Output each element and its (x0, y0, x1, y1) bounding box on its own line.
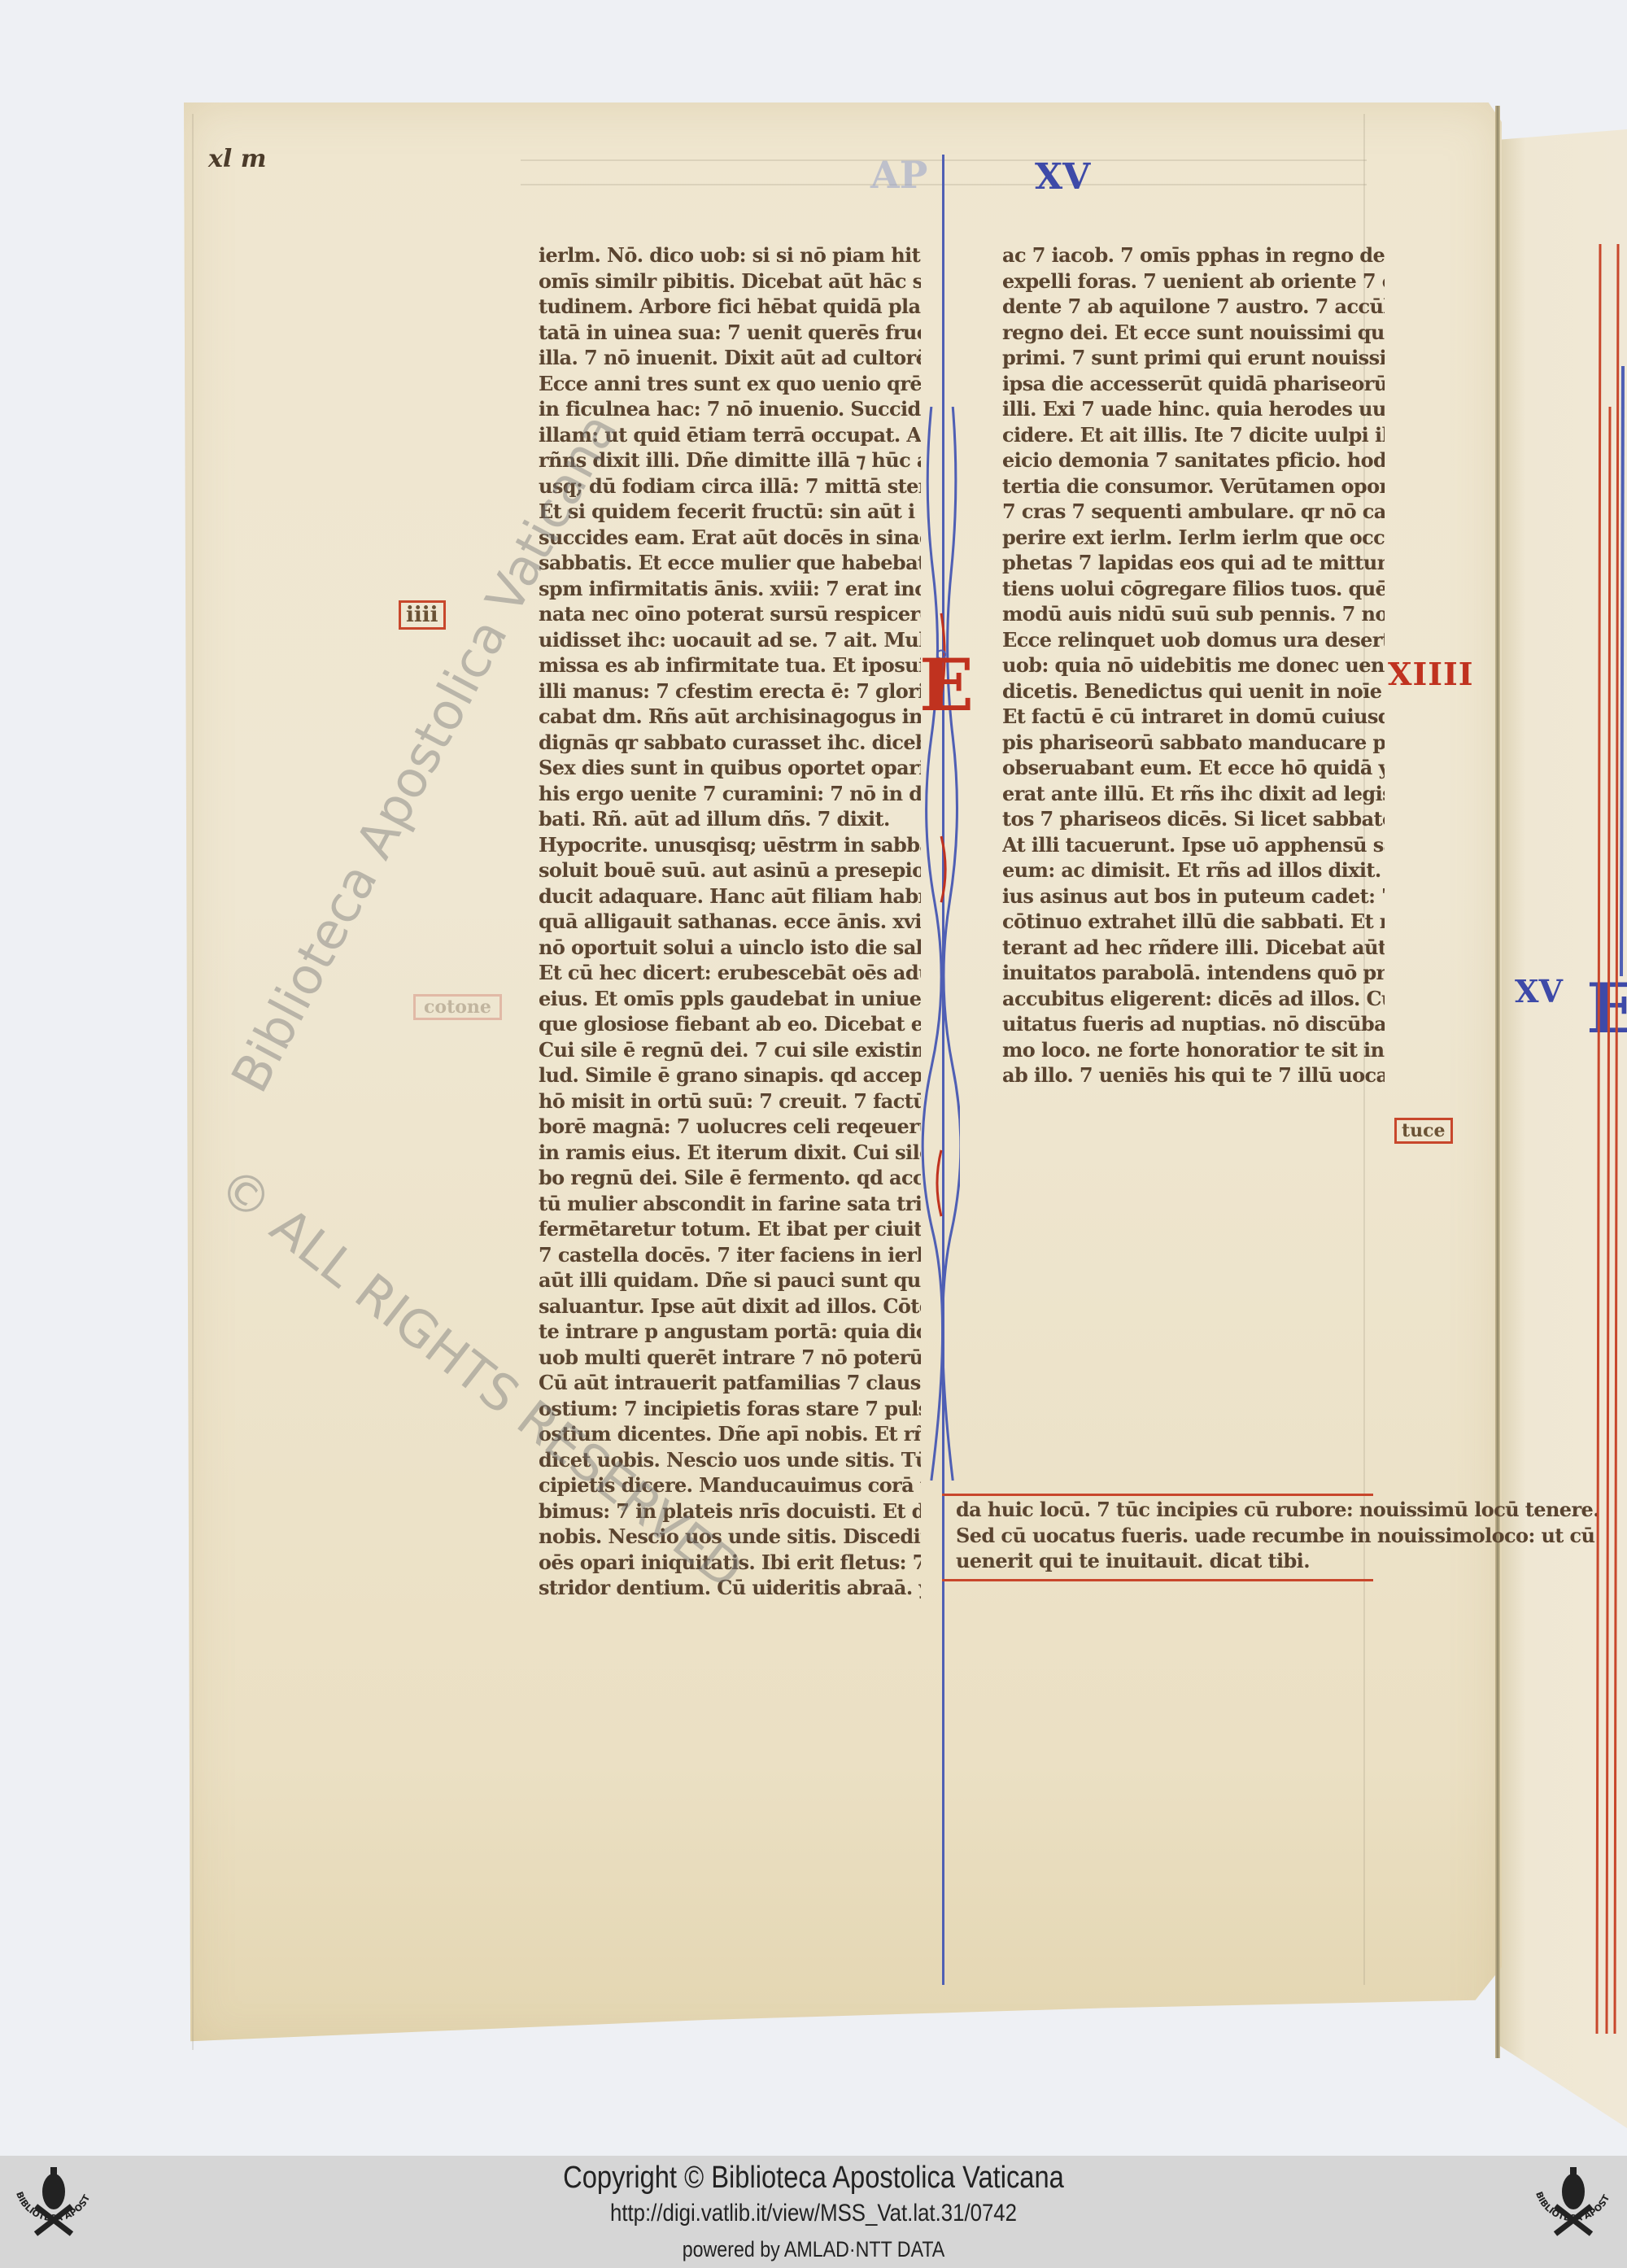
copyright-footer: Copyright © Biblioteca Apostolica Vatica… (0, 2156, 1627, 2268)
manuscript-line: primi. 7 sunt primi qui erunt nouissimi.… (1002, 345, 1385, 371)
manuscript-line: accubitus eligerent: dicēs ad illos. Cū … (1002, 986, 1385, 1012)
manuscript-line: eum: ac dimisit. Et rñs ad illos dixit. … (1002, 857, 1385, 883)
manuscript-line: tudinem. Arbore fici hēbat quidā pla (539, 294, 921, 320)
manuscript-line: 7 castella docēs. 7 iter faciens in ierl… (539, 1242, 921, 1268)
manuscript-line: dente 7 ab aquilone 7 austro. 7 accūbent… (1002, 294, 1385, 320)
manuscript-line: his ergo uenite 7 curamini: 7 nō in die … (539, 781, 921, 807)
margin-chapter-iiii: iiii (399, 600, 446, 630)
gutter-fold (1495, 106, 1500, 2058)
manuscript-line: lud. Simile ē grano sinapis. qd accepit (539, 1062, 921, 1088)
manuscript-line: illi manus: 7 cfestim erecta ē: 7 glorif… (539, 678, 921, 704)
manuscript-line: ierlm. Nō. dico uob: si si nō piam hitis (539, 242, 921, 268)
manuscript-line: terant ad hec rñdere illi. Dicebat aūt 7… (1002, 935, 1385, 961)
manuscript-line: Et si quidem fecerit fructū: sin aūt i f… (539, 499, 921, 525)
manuscript-line: in ramis eius. Et iterum dixit. Cui sile… (539, 1140, 921, 1166)
manuscript-line: nobis. Nescio uos unde sitis. Discedite … (539, 1524, 921, 1550)
manuscript-line: ostium dicentes. Dñe apī nobis. Et rñs (539, 1421, 921, 1447)
boxed-insert: da huic locū. 7 tūc incipies cū rubore: … (956, 1497, 1627, 1574)
manuscript-line: Ecce relinquet uob domus ura deserta. Di… (1002, 627, 1385, 653)
manuscript-line: Et factū ē cū intraret in domū cuiusdā p… (1002, 704, 1385, 730)
manuscript-line: eicio demonia 7 sanitates pficio. hodie … (1002, 447, 1385, 473)
manuscript-line: nata nec oīno poterat sursū respicere. Q… (539, 601, 921, 627)
running-header-chapter: XV (1035, 156, 1090, 198)
manuscript-line: aūt illi quidam. Dñe si pauci sunt qui (539, 1267, 921, 1293)
manuscript-line: in ficulnea hac: 7 nō inuenio. Succide e… (539, 396, 921, 422)
manuscript-line: da huic locū. 7 tūc incipies cū rubore: … (956, 1498, 1494, 1521)
manuscript-line: cōtinuo extrahet illū die sabbati. Et nō… (1002, 909, 1385, 935)
manuscript-line: te intrare p angustam portā: quia dico (539, 1319, 921, 1345)
decorated-initial: E (919, 643, 974, 727)
manuscript-line: quā alligauit sathanas. ecce ānis. xviii… (539, 909, 921, 935)
manuscript-line: que glosiose fiebant ab eo. Dicebat ergo… (539, 1011, 921, 1037)
manuscript-line: sabbatis. Et ecce mulier que habebat (539, 550, 921, 576)
manuscript-line: tos 7 phariseos dicēs. Si licet sabbato … (1002, 806, 1385, 832)
manuscript-line: ius asinus aut bos in puteum cadet: 7 nō (1002, 883, 1385, 909)
manuscript-line: obseruabant eum. Et ecce hō quidā ydropi… (1002, 755, 1385, 781)
manuscript-line: uidisset ihc: uocauit ad se. 7 ait. Muli… (539, 627, 921, 653)
manuscript-line: ducit adaquare. Hanc aūt filiam habre (539, 883, 921, 909)
manuscript-line: tū mulier abscondit in farine sata tria.… (539, 1191, 921, 1217)
manuscript-url[interactable]: http://digi.vatlib.it/view/MSS_Vat.lat.3… (114, 2200, 1513, 2227)
powered-by-text: powered by AMLAD·NTT DATA (114, 2237, 1513, 2262)
manuscript-line: succides eam. Erat aūt docēs in sinagoga… (539, 525, 921, 551)
manuscript-line: ostium: 7 incipietis foras stare 7 pulsa… (539, 1396, 921, 1422)
manuscript-line: pis phariseorū sabbato manducare panē: 7… (1002, 730, 1385, 756)
manuscript-line: ipsa die accesserūt quidā phariseorū dic… (1002, 371, 1385, 397)
manuscript-line: dignās qr sabbato curasset ihc. dicebat … (539, 730, 921, 756)
manuscript-line: uitatus fueris ad nuptias. nō discūbas i… (1002, 1011, 1385, 1037)
manuscript-line: bo regnū dei. Sile ē fermento. qd accep (539, 1165, 921, 1191)
manuscript-line: spm infirmitatis ānis. xviii: 7 erat inc… (539, 576, 921, 602)
text-column-left: ierlm. Nō. dico uob: si si nō piam hitis… (539, 242, 921, 1601)
manuscript-line: inuitatos parabolā. intendens quō primos (1002, 960, 1385, 986)
manuscript-line: dicetis. Benedictus qui uenit in noīe dñ… (1002, 678, 1385, 704)
margin-box-tuce: tuce (1394, 1118, 1453, 1144)
right-page-chapter: XV (1515, 973, 1563, 1010)
manuscript-line: fermētaretur totum. Et ibat per ciuitate… (539, 1216, 921, 1242)
manuscript-line: nō oportuit solui a uinclo isto die sabb… (539, 935, 921, 961)
manuscript-line: borē magnā: 7 uolucres celi reqeuerūt (539, 1114, 921, 1140)
manuscript-line: eius. Et omīs ppls gaudebat in uniuersis (539, 986, 921, 1012)
manuscript-line: cidere. Et ait illis. Ite 7 dicite uulpi… (1002, 422, 1385, 448)
manuscript-line: bati. Rñ. aūt ad illum dñs. 7 dixit. (539, 806, 921, 832)
manuscript-line: Ecce anni tres sunt ex quo uenio qrēs fr… (539, 371, 921, 397)
manuscript-line: rñns dixit illi. Dñe dimitte illā ⁊ hūc … (539, 447, 921, 473)
manuscript-line: Sex dies sunt in quibus oportet opari. I… (539, 755, 921, 781)
shelfmark-note: xl m (208, 145, 266, 173)
manuscript-line: cabat dm. Rñs aūt archisinagogus in (539, 704, 921, 730)
manuscript-line: mo loco. ne forte honoratior te sit inui… (1002, 1037, 1385, 1063)
manuscript-line: stridor dentium. Cū uideritis abraā. ysa (539, 1575, 921, 1601)
manuscript-line: illam: ut quid ētiam terrā occupat. At i… (539, 422, 921, 448)
manuscript-line: usq; dū fodiam circa illā: 7 mittā sterc… (539, 473, 921, 499)
manuscript-line: dicet uobis. Nescio uos unde sitis. Tūc … (539, 1447, 921, 1473)
initial-flourish-icon (919, 407, 960, 1481)
manuscript-line: ac 7 iacob. 7 omīs pphas in regno dei. u… (1002, 242, 1385, 268)
manuscript-line: Hypocrite. unusqisq; uēstrm in sabbato n… (539, 832, 921, 858)
manuscript-line: omīs similr pibitis. Dicebat aūt hāc sil… (539, 268, 921, 294)
margin-faint-box: cotone (413, 994, 502, 1020)
manuscript-line: phetas 7 lapidas eos qui ad te mittunt. … (1002, 550, 1385, 576)
manuscript-line: expelli foras. 7 uenient ab oriente 7 oc… (1002, 268, 1385, 294)
manuscript-line: saluantur. Ipse aūt dixit ad illos. Cōte… (539, 1293, 921, 1319)
manuscript-line: tiens uolui cōgregare filios tuos. quē a… (1002, 576, 1385, 602)
manuscript-line: Et cū hec dicert: erubescebāt oēs aduers… (539, 960, 921, 986)
vatican-library-logo-right-icon: BIBLIOTECA APOSTOLICA VATICANA (1524, 2161, 1622, 2263)
manuscript-line: regno dei. Et ecce sunt nouissimi qui er… (1002, 320, 1385, 346)
manuscript-line: modū auis nidū suū sub pennis. 7 noluist… (1002, 601, 1385, 627)
manuscript-line: tertia die consumor. Verūtamen oportet m… (1002, 473, 1385, 499)
manuscript-line: oēs opari iniquitatis. Ibi erit fletus: … (539, 1550, 921, 1576)
manuscript-line: tatā in uinea sua: 7 uenit querēs fructū… (539, 320, 921, 346)
manuscript-line: Cui sile ē regnū dei. 7 cui sile existim… (539, 1037, 921, 1063)
manuscript-line: illa. 7 nō inuenit. Dixit aūt ad cultorē… (539, 345, 921, 371)
vatican-library-logo-left-icon: BIBLIOTECA APOSTOLICA VATICANA (5, 2161, 103, 2263)
manuscript-line: missa es ab infirmitate tua. Et iposuit (539, 652, 921, 678)
manuscript-line: soluit bouē suū. aut asinū a presepio. 7 (539, 857, 921, 883)
manuscript-line: bimus: 7 in plateis nrīs docuisti. Et di… (539, 1498, 921, 1524)
text-column-right: ac 7 iacob. 7 omīs pphas in regno dei. u… (1002, 242, 1385, 1088)
manuscript-line: Cū aūt intrauerit patfamilias 7 clauseri… (539, 1370, 921, 1396)
manuscript-line: At illi tacuerunt. Ipse uō apphensū sana… (1002, 832, 1385, 858)
manuscript-line: 7 cras 7 sequenti ambulare. qr nō capit … (1002, 499, 1385, 525)
manuscript-line: perire ext ierlm. Ierlm ierlm que occidi… (1002, 525, 1385, 551)
manuscript-line: uob multi querēt intrare 7 nō poterūt. (539, 1345, 921, 1371)
manuscript-line: ab illo. 7 ueniēs his qui te 7 illū uoca… (1002, 1062, 1385, 1088)
margin-chapter-xiiii: XIIII (1388, 656, 1474, 692)
copyright-text: Copyright © Biblioteca Apostolica Vatica… (114, 2161, 1513, 2196)
manuscript-line: cipietis dicere. Manducauimus corā te. 7… (539, 1472, 921, 1498)
right-page-flourish-icon (1590, 244, 1627, 2034)
manuscript-line: hō misit in ortū suū: 7 creuit. 7 factū … (539, 1088, 921, 1114)
manuscript-line: erat ante illū. Et rñs ihc dixit ad legi… (1002, 781, 1385, 807)
running-header-faint: AP (870, 153, 927, 197)
left-ruling (192, 114, 194, 2050)
manuscript-line: uob: quia nō uidebitis me donec ueniat c… (1002, 652, 1385, 678)
manuscript-line: illi. Exi 7 uade hinc. quia herodes uult… (1002, 396, 1385, 422)
